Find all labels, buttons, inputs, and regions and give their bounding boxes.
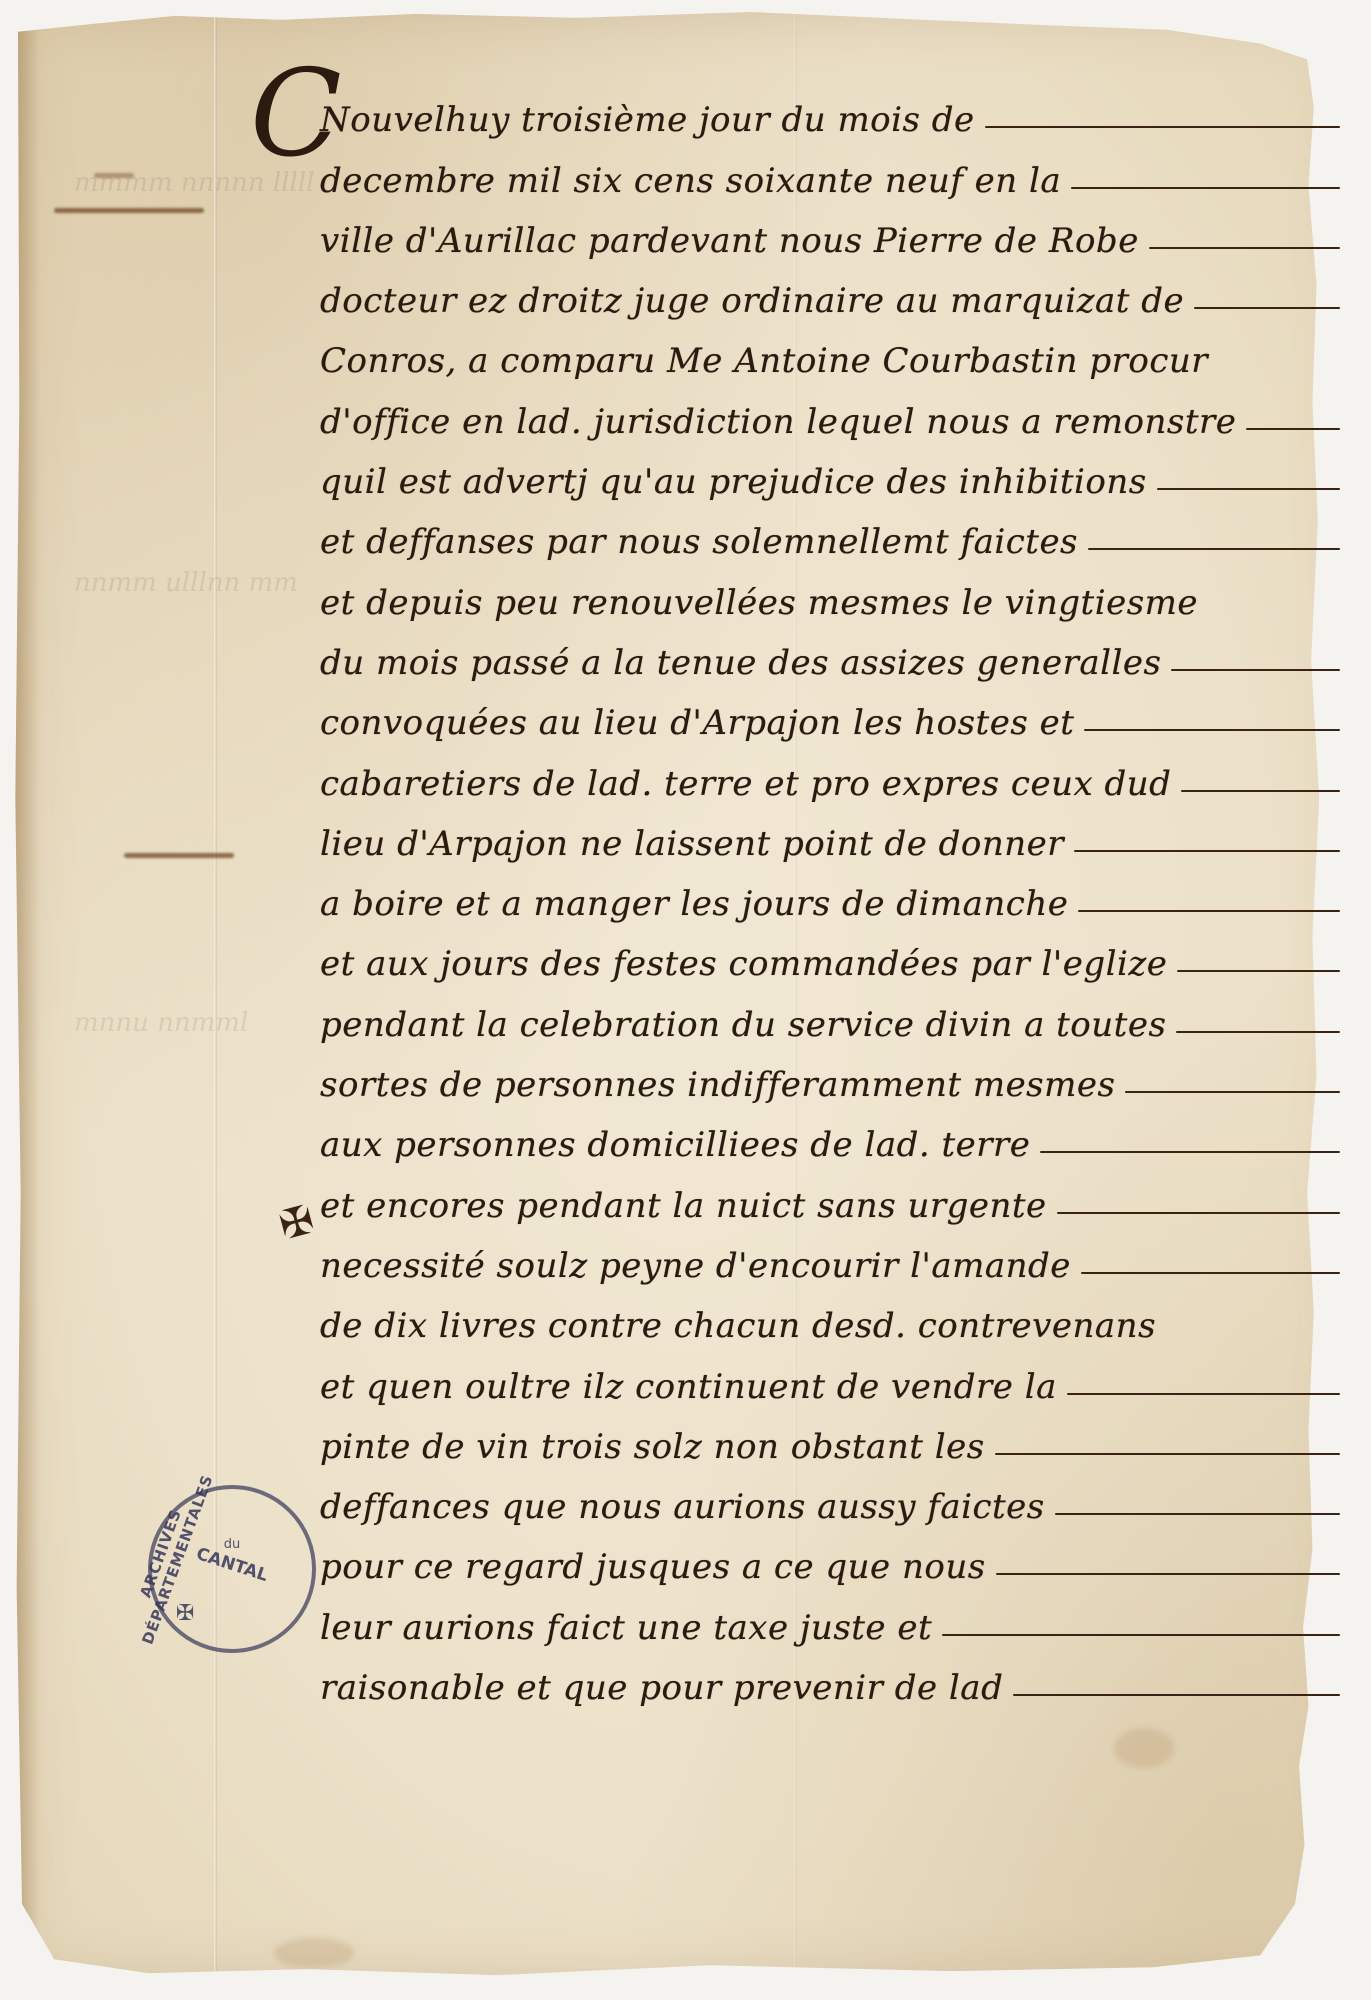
text-line: convoquées au lieu d'Arpajon les hostes … bbox=[320, 691, 1340, 751]
manuscript-text-body: Nouvelhuy troisième jour du mois de dece… bbox=[320, 88, 1340, 1716]
line-filler-stroke bbox=[1176, 1031, 1340, 1033]
text-line: du mois passé a la tenue des assizes gen… bbox=[320, 631, 1340, 691]
text-line: Conros, a comparu Me Antoine Courbastin … bbox=[320, 329, 1340, 389]
text-line: et quen oultre ilz continuent de vendre … bbox=[320, 1354, 1340, 1414]
stamp-cross-icon: ✠ bbox=[176, 1601, 194, 1626]
line-filler-stroke bbox=[1013, 1694, 1340, 1696]
line-filler-stroke bbox=[1246, 428, 1340, 430]
line-filler-stroke bbox=[1071, 187, 1340, 189]
text-line: aux personnes domicilliees de lad. terre bbox=[320, 1113, 1340, 1173]
archives-stamp: ARCHIVES DÉPARTEMENTALES du CANTAL ✠ bbox=[148, 1485, 316, 1653]
text-line: et aux jours des festes commandées par l… bbox=[320, 932, 1340, 992]
text-line: pinte de vin trois solz non obstant les bbox=[320, 1415, 1340, 1475]
text-line: decembre mil six cens soixante neuf en l… bbox=[320, 148, 1340, 208]
text-line: sortes de personnes indifferamment mesme… bbox=[320, 1053, 1340, 1113]
text-line: deffances que nous aurions aussy faictes bbox=[320, 1475, 1340, 1535]
line-filler-stroke bbox=[1067, 1393, 1340, 1395]
line-filler-stroke bbox=[996, 1573, 1340, 1575]
text-line: et encores pendant la nuict sans urgente bbox=[320, 1173, 1340, 1233]
text-line: lieu d'Arpajon ne laissent point de donn… bbox=[320, 812, 1340, 872]
ink-bleed-mark bbox=[54, 208, 204, 213]
line-filler-stroke bbox=[942, 1634, 1340, 1636]
text-line: docteur ez droitz juge ordinaire au marq… bbox=[320, 269, 1340, 329]
line-filler-stroke bbox=[1181, 790, 1340, 792]
line-filler-stroke bbox=[1157, 488, 1340, 490]
line-filler-stroke bbox=[1194, 307, 1340, 309]
text-line: de dix livres contre chacun desd. contre… bbox=[320, 1294, 1340, 1354]
line-filler-stroke bbox=[1078, 910, 1340, 912]
line-filler-stroke bbox=[1055, 1513, 1340, 1515]
line-filler-stroke bbox=[1149, 247, 1340, 249]
line-filler-stroke bbox=[1171, 669, 1340, 671]
text-line: Nouvelhuy troisième jour du mois de bbox=[320, 88, 1340, 148]
line-filler-stroke bbox=[985, 126, 1340, 128]
text-line: ville d'Aurillac pardevant nous Pierre d… bbox=[320, 209, 1340, 269]
line-filler-stroke bbox=[1040, 1151, 1340, 1153]
bleed-through-text: nnmm ulllnn mm bbox=[74, 568, 298, 598]
line-filler-stroke bbox=[1081, 1272, 1340, 1274]
paper-stain bbox=[274, 1938, 354, 1968]
text-line: a boire et a manger les jours de dimanch… bbox=[320, 872, 1340, 932]
line-filler-stroke bbox=[1074, 850, 1340, 852]
text-line: et deffanses par nous solemnellemt faict… bbox=[320, 510, 1340, 570]
paper-left-edge-stain bbox=[14, 8, 40, 1983]
bleed-through-text: mnnu nnmml bbox=[74, 1008, 248, 1038]
text-line: cabaretiers de lad. terre et pro expres … bbox=[320, 751, 1340, 811]
text-line: quil est advertj qu'au prejudice des inh… bbox=[320, 450, 1340, 510]
paper-fold-line bbox=[214, 8, 217, 1983]
text-line: pour ce regard jusques a ce que nous bbox=[320, 1535, 1340, 1595]
line-filler-stroke bbox=[1125, 1091, 1340, 1093]
line-filler-stroke bbox=[1177, 970, 1340, 972]
text-line: necessité soulz peyne d'encourir l'amand… bbox=[320, 1234, 1340, 1294]
text-line: raisonable et que pour prevenir de lad bbox=[320, 1656, 1340, 1716]
text-line: et depuis peu renouvellées mesmes le vin… bbox=[320, 570, 1340, 630]
paper-stain bbox=[1114, 1728, 1174, 1768]
text-line: d'office en lad. jurisdiction lequel nou… bbox=[320, 389, 1340, 449]
line-filler-stroke bbox=[1084, 729, 1340, 731]
text-line: leur aurions faict une taxe juste et bbox=[320, 1595, 1340, 1655]
line-filler-stroke bbox=[1088, 548, 1340, 550]
line-filler-stroke bbox=[1057, 1212, 1340, 1214]
text-line: pendant la celebration du service divin … bbox=[320, 992, 1340, 1052]
ink-bleed-mark bbox=[124, 853, 234, 858]
line-filler-stroke bbox=[995, 1453, 1340, 1455]
